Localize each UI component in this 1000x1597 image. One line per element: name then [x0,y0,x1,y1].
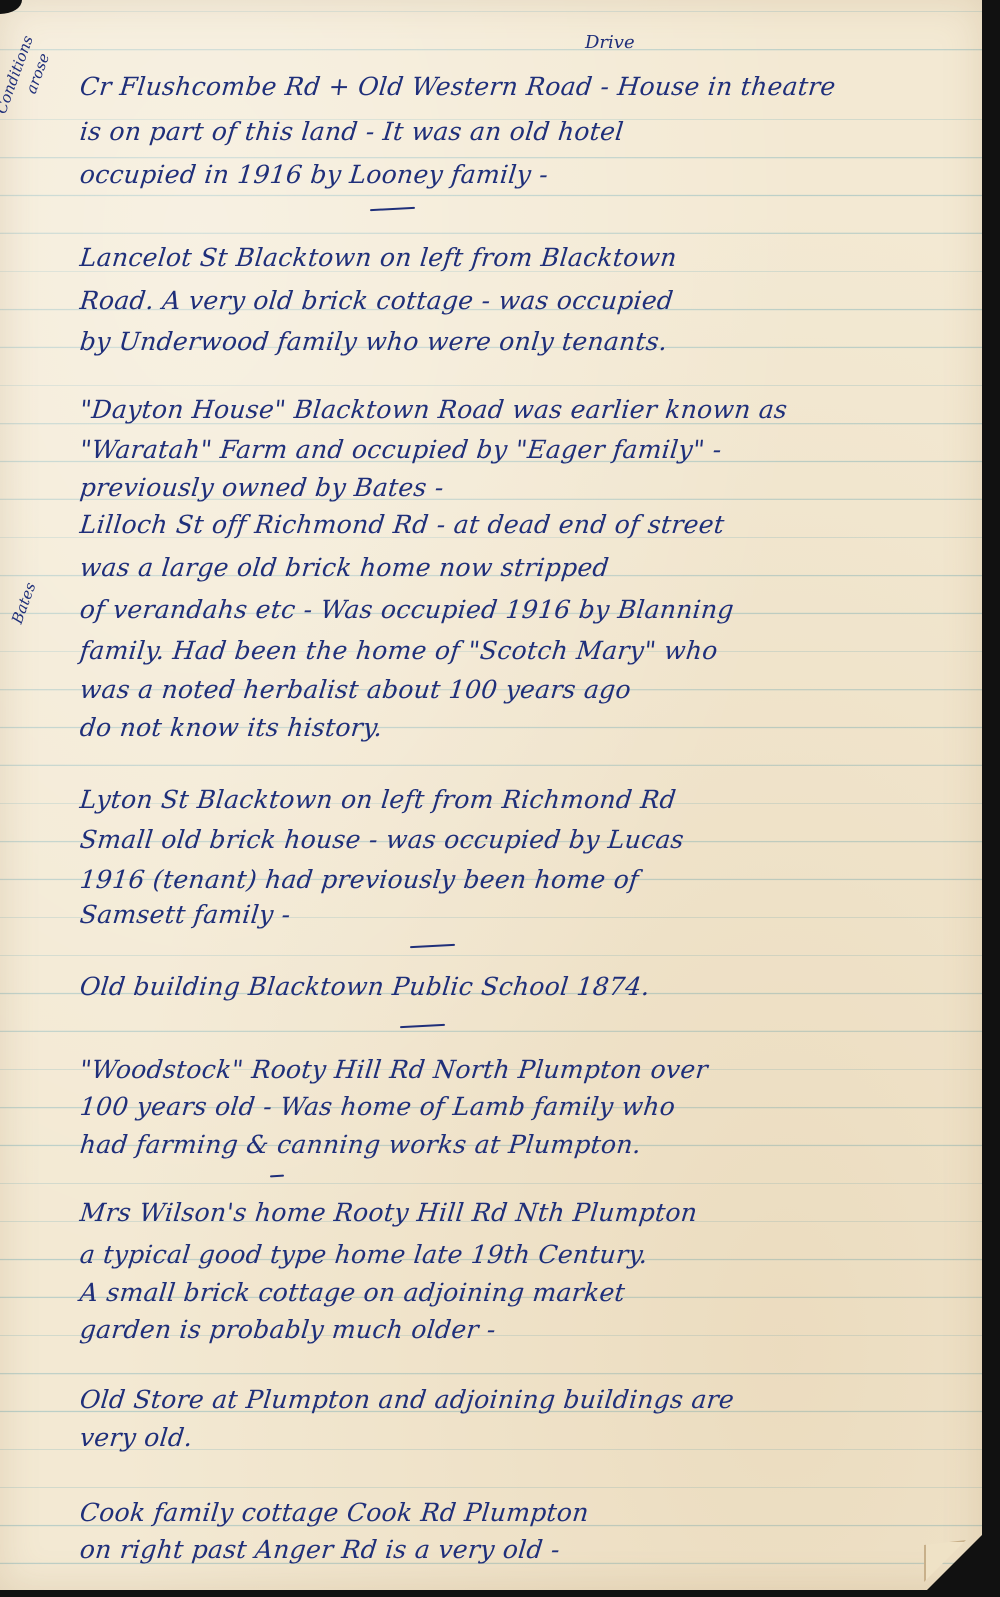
entry-4-line-4: family. Had been the home of "Scotch Mar… [78,636,719,665]
entry-2-line-3: by Underwood family who were only tenant… [78,327,668,356]
entry-4-line-1: Lilloch St off Richmond Rd - at dead end… [78,510,725,539]
margin-note-middle: Bates [8,580,39,626]
entry-1-line-1: Cr Flushcombe Rd + Old Western Road - Ho… [78,72,837,101]
entry-4-line-5: was a noted herbalist about 100 years ag… [78,675,632,704]
entry-3-line-2: "Waratah" Farm and occupied by "Eager fa… [78,435,723,464]
entry-4-line-3: of verandahs etc - Was occupied 1916 by … [78,595,735,624]
entry-9-line-2: very old. [78,1423,194,1452]
insertion-above-line: Drive [585,32,635,53]
entry-3-line-1: "Dayton House" Blacktown Road was earlie… [78,395,788,424]
entry-1-line-2: is on part of this land - It was an old … [78,117,625,146]
entry-10-line-1: Cook family cottage Cook Rd Plumpton [78,1498,590,1527]
entry-8-line-3: A small brick cottage on adjoining marke… [78,1278,626,1307]
section-divider [400,1024,445,1028]
entry-3-line-3: previously owned by Bates - [78,473,445,502]
entry-8-line-4: garden is probably much older - [78,1315,497,1344]
entry-6-line-1: Old building Blacktown Public School 187… [78,972,651,1001]
section-divider [270,1175,284,1178]
torn-corner [0,0,22,14]
section-divider [370,207,415,211]
entry-7-line-3: had farming & canning works at Plumpton. [78,1130,642,1159]
entry-8-line-1: Mrs Wilson's home Rooty Hill Rd Nth Plum… [78,1198,698,1227]
entry-7-line-1: "Woodstock" Rooty Hill Rd North Plumpton… [78,1055,709,1084]
entry-2-line-2: Road. A very old brick cottage - was occ… [78,286,674,315]
entry-1-line-3: occupied in 1916 by Looney family - [78,160,549,189]
entry-5-line-2: Small old brick house - was occupied by … [78,825,685,854]
entry-4-line-6: do not know its history. [78,713,384,742]
entry-8-line-2: a typical good type home late 19th Centu… [78,1240,649,1269]
entry-5-line-4: Samsett family - [78,900,292,929]
entry-7-line-2: 100 years old - Was home of Lamb family … [78,1092,676,1121]
entry-5-line-1: Lyton St Blacktown on left from Richmond… [78,785,677,814]
entry-10-line-2: on right past Anger Rd is a very old - [78,1535,561,1564]
entry-4-line-2: was a large old brick home now stripped [78,553,610,582]
section-divider [410,944,455,948]
ruled-paper-page: Conditions arose Bates Drive Cr Flushcom… [0,0,982,1590]
folded-corner-shadow [927,1535,982,1590]
entry-5-line-3: 1916 (tenant) had previously been home o… [78,865,640,894]
entry-9-line-1: Old Store at Plumpton and adjoining buil… [78,1385,735,1414]
entry-2-line-1: Lancelot St Blacktown on left from Black… [78,243,678,272]
